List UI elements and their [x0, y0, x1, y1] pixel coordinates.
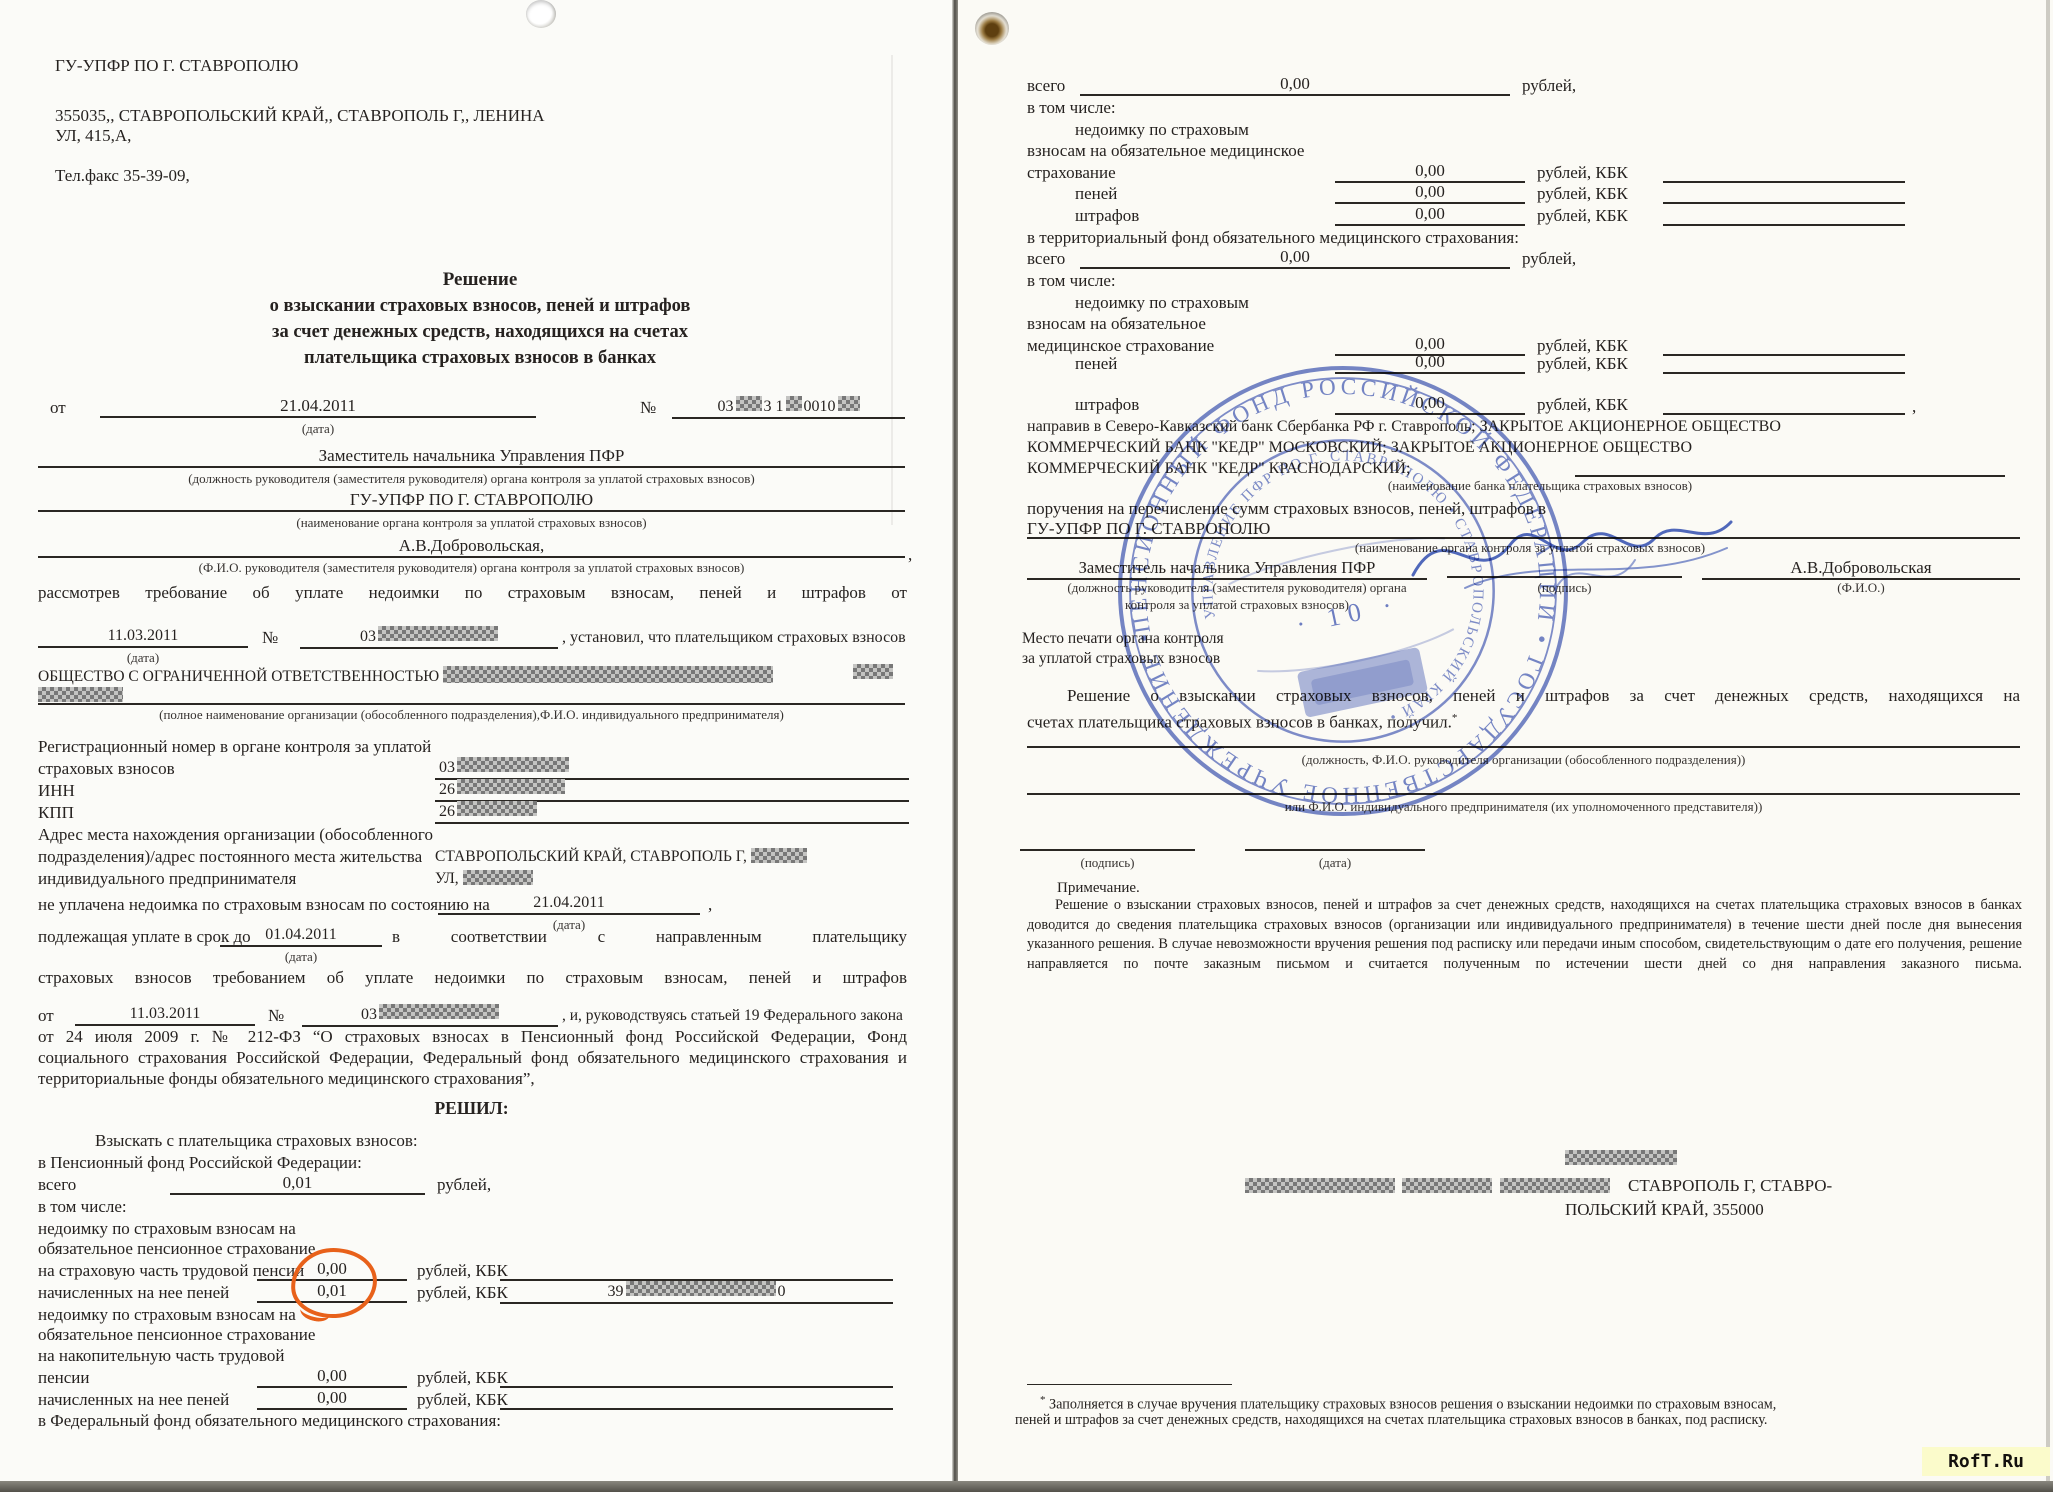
fio-trailing-comma: , — [908, 545, 912, 565]
redaction-block — [463, 870, 533, 885]
punch-hole-right — [975, 12, 1009, 45]
official-fio-caption: (Ф.И.О. руководителя (заместителя руково… — [38, 560, 905, 575]
r-ffoms-fine-label: штрафов — [1075, 206, 1139, 226]
fine-row-comma: , — [1912, 397, 1916, 417]
redaction-block — [1500, 1178, 1610, 1193]
r-tfoms-arrears1: недоимку по страховым — [1075, 293, 1249, 313]
r-total1-value: 0,00 — [1080, 74, 1510, 96]
payer-name-line: ОБЩЕСТВО С ОГРАНИЧЕННОЙ ОТВЕТСТВЕННОСТЬЮ — [38, 666, 773, 687]
due-tail: в соответствии с направленным плательщик… — [392, 927, 907, 947]
sender-address-line2: УЛ, 415,А, — [55, 126, 131, 146]
recipient-address-line2: СТАВРОПОЛЬ Г, СТАВРО- — [1628, 1176, 1832, 1196]
kpp-label: КПП — [38, 803, 74, 823]
arrears2-line1: недоимку по страховым взносам на — [38, 1305, 296, 1325]
inn-prefix: 26 — [439, 780, 455, 800]
r-post-caption2: контроля за уплатой страховых взносов) — [1027, 597, 1447, 612]
date2-line — [1245, 849, 1425, 851]
arrears1-line1: недоимку по страховым взносам на — [38, 1219, 296, 1239]
banks-line3: КОММЕРЧЕСКИЙ БАНК "КЕДР" КРАСНОДАРСКИЙ; — [1027, 459, 1410, 479]
rub-kbk-label: рублей, КБК — [417, 1390, 508, 1410]
rubles-label: рублей, — [1522, 249, 1576, 269]
sign2-line — [1020, 849, 1195, 851]
law-line3: территориальные фонды обязательного меди… — [38, 1069, 535, 1089]
due-date: 01.04.2011 — [220, 925, 382, 947]
official-post-caption: (должность руководителя (заместителя рук… — [38, 471, 905, 486]
kpp-prefix: 26 — [439, 802, 455, 822]
r-org-caption: (наименование органа контроля за уплатой… — [1180, 540, 1880, 555]
transfer-line: поручения на перечисление сумм страховых… — [1027, 499, 1546, 519]
received-line1: Решение о взыскании страховых взносов, п… — [1027, 686, 2020, 706]
arrears1-line2: обязательное пенсионное страхование — [38, 1239, 315, 1259]
savings-part-value: 0,00 — [257, 1366, 407, 1388]
sender-address-line1: 355035,, СТАВРОПОЛЬСКИЙ КРАЙ,, СТАВРОПОЛ… — [55, 106, 545, 126]
including-label: в том числе: — [38, 1197, 127, 1217]
redaction-block — [736, 396, 762, 411]
resolved-heading: РЕШИЛ: — [38, 1098, 905, 1118]
r-official-fio: А.В.Добровольская — [1702, 558, 2020, 580]
r-total2-label: всего — [1027, 249, 1065, 269]
kpp-value: 26 — [435, 801, 909, 824]
received-line2: счетах плательщика страховых взносов в б… — [1027, 708, 1457, 733]
law-tail: , и, руководствуясь статьей 19 Федеральн… — [562, 1006, 903, 1026]
kbk-blank-line — [1663, 354, 1905, 356]
sender-org: ГУ-УПФР ПО Г. СТАВРОПОЛЮ — [55, 56, 298, 76]
redaction-block — [443, 666, 773, 683]
redaction-block — [1402, 1178, 1492, 1193]
payer-rule — [38, 703, 905, 705]
address-label2: подразделения)/адрес постоянного места ж… — [38, 847, 422, 867]
pfr-total-value: 0,01 — [170, 1173, 425, 1195]
r-ffoms-penalty-value: 0,00 — [1335, 182, 1525, 204]
banks-caption: (наименование банка плательщика страховы… — [1190, 478, 1890, 493]
penalty1-label: начисленных на нее пеней — [38, 1283, 229, 1303]
arrears-asof-line: не уплачена недоимка по страховым взноса… — [38, 895, 490, 915]
kbk-prefix: 39 — [608, 1282, 624, 1302]
received-rule1 — [1027, 746, 2020, 748]
r-tfoms-penalty-label: пеней — [1075, 354, 1117, 374]
rub-kbk-label: рублей, КБК — [1537, 184, 1628, 204]
date-caption: (дата) — [220, 949, 382, 964]
redaction-block — [379, 1004, 499, 1019]
requirement-number: 03 — [300, 626, 558, 649]
r-total2-value: 0,00 — [1080, 247, 1510, 269]
banks-line1: направив в Северо-Кавказский банк Сберба… — [1027, 417, 1781, 437]
number-label: № — [262, 628, 278, 648]
redaction-block — [457, 757, 569, 772]
address-value2: УЛ, — [435, 869, 533, 889]
reg-number-label1: Регистрационный номер в органе контроля … — [38, 737, 431, 757]
considered-line: рассмотрев требование об уплате недоимки… — [38, 583, 907, 603]
page-divider — [952, 0, 958, 1481]
r-tfoms-fine-value: 0,00 — [1335, 393, 1525, 415]
scan-right-edge — [2046, 0, 2050, 1481]
document-title-line4: плательщика страховых взносов в банках — [60, 348, 900, 368]
r-ffoms-penalty-label: пеней — [1075, 184, 1117, 204]
address-region: СТАВРОПОЛЬСКИЙ КРАЙ, СТАВРОПОЛЬ Г, — [435, 848, 747, 865]
kbk-blank-line — [500, 1386, 893, 1388]
r-tfoms-row-label: медицинское страхование — [1027, 336, 1214, 356]
address-label3: индивидуального предпринимателя — [38, 869, 296, 889]
collect-line: Взыскать с плательщика страховых взносов… — [95, 1131, 418, 1151]
control-org-name: ГУ-УПФР ПО Г. СТАВРОПОЛЮ — [38, 490, 905, 512]
due-label: подлежащая уплате в срок до — [38, 927, 251, 947]
rub-kbk-label: рублей, КБК — [1537, 336, 1628, 356]
document-title-line2: о взыскании страховых взносов, пеней и ш… — [60, 296, 900, 316]
penalty2-value: 0,00 — [257, 1388, 407, 1410]
received-rule2 — [1027, 793, 2020, 795]
ffoms-section-header: в Федеральный фонд обязательного медицин… — [38, 1411, 501, 1431]
official-fio: А.В.Добровольская, — [38, 536, 905, 558]
law-from-label: от — [38, 1006, 54, 1026]
law-line2: социального страхования Российской Федер… — [38, 1048, 907, 1068]
law-line1: от 24 июля 2009 г. № 212-ФЗ “О страховых… — [38, 1027, 907, 1047]
law-req-date: 11.03.2011 — [75, 1004, 255, 1026]
reg-number-prefix: 03 — [439, 758, 455, 778]
kbk-suffix: 0 — [778, 1282, 786, 1302]
rubles-label: рублей, — [1522, 76, 1576, 96]
note-title: Примечание. — [1057, 878, 1140, 898]
official-post: Заместитель начальника Управления ПФР — [38, 446, 905, 468]
decision-number-part2: 3 1 — [764, 397, 784, 417]
from-label: от — [50, 398, 66, 418]
rub-kbk-label: рублей, КБК — [1537, 395, 1628, 415]
tfoms-section-header: в территориальный фонд обязательного мед… — [1027, 228, 1519, 248]
scan-bottom-edge — [0, 1481, 2053, 1492]
arrears2-line3: на накопительную часть трудовой — [38, 1346, 284, 1366]
sender-phone: Тел.факс 35-39-09, — [55, 166, 190, 186]
law-req-number: 03 — [302, 1004, 558, 1027]
received-caption2: или Ф.И.О. индивидуального предпринимате… — [1027, 799, 2020, 814]
redaction-block — [751, 848, 807, 863]
org-rule — [1027, 537, 2020, 539]
requirement-line: страховых взносов требованием об уплате … — [38, 968, 907, 988]
number-label: № — [640, 398, 656, 418]
footnote-marker: * — [1452, 712, 1458, 724]
kbk-blank-line — [1663, 224, 1905, 226]
document-title-line1: Решение — [60, 270, 900, 290]
date2-caption: (дата) — [1245, 855, 1425, 870]
document-title-line3: за счет денежных средств, находящихся на… — [60, 322, 900, 342]
address-value1: СТАВРОПОЛЬСКИЙ КРАЙ, СТАВРОПОЛЬ Г, — [435, 847, 807, 867]
redaction-block — [1565, 1150, 1677, 1165]
sign2-caption: (подпись) — [1020, 855, 1195, 870]
note-paragraph: Решение о взыскании страховых взносов, п… — [1027, 896, 2022, 974]
r-ffoms-fine-value: 0,00 — [1335, 204, 1525, 226]
r-ffoms-row-value: 0,00 — [1335, 161, 1525, 183]
savings-part-label: пенсии — [38, 1368, 89, 1388]
reg-number-label2: страховых взносов — [38, 759, 175, 779]
redaction-block — [378, 626, 498, 641]
date-caption: (дата) — [100, 421, 536, 436]
punch-hole-left — [526, 0, 556, 28]
r-total1-label: всего — [1027, 76, 1065, 96]
number-label: № — [268, 1006, 284, 1026]
reg-number-value: 03 — [435, 757, 909, 780]
site-watermark: RofT.Ru — [1922, 1447, 2050, 1476]
seal-place-line2: за уплатой страховых взносов — [1022, 649, 1220, 669]
requirement-date: 11.03.2011 — [38, 626, 248, 648]
r-post-caption1: (должность руководителя (заместителя рук… — [1027, 580, 1447, 595]
scanned-document: ГУ-УПФР ПО Г. СТАВРОПОЛЮ 355035,, СТАВРО… — [0, 0, 2053, 1492]
kbk-blank-line — [500, 1408, 893, 1410]
rub-kbk-label: рублей, КБК — [1537, 206, 1628, 226]
rubles-label: рублей, — [437, 1175, 491, 1195]
payer-caption: (полное наименование организации (обособ… — [38, 707, 905, 722]
signature-line — [1447, 576, 1682, 578]
pfr-total-label: всего — [38, 1175, 76, 1195]
kbk-blank-line — [1663, 413, 1905, 415]
seal-place-line1: Место печати органа контроля — [1022, 629, 1224, 649]
banks-line2: КОММЕРЧЕСКИЙ БАНК "КЕДР" МОСКОВСКИЙ; ЗАК… — [1027, 438, 1692, 458]
rub-kbk-label: рублей, КБК — [417, 1261, 508, 1281]
arrears-comma: , — [708, 895, 712, 915]
address-label1: Адрес места нахождения организации (обос… — [38, 825, 433, 845]
redaction-block — [838, 396, 860, 411]
penalty1-kbk: 39 0 — [500, 1281, 893, 1304]
redaction-block — [626, 1281, 776, 1296]
inn-label: ИНН — [38, 781, 75, 801]
kbk-blank-line — [1663, 181, 1905, 183]
r-ffoms-arrears1: недоимку по страховым — [1075, 120, 1249, 140]
banks-rule — [1575, 475, 2005, 477]
r-tfoms-arrears2: взносам на обязательное — [1027, 314, 1206, 334]
footnote-rule — [1027, 1384, 1232, 1385]
r-official-post: Заместитель начальника Управления ПФР — [1027, 558, 1427, 580]
date-caption: (дата) — [38, 650, 248, 665]
received-caption1: (должность, Ф.И.О. руководителя организа… — [1027, 752, 2020, 767]
decision-date: 21.04.2011 — [100, 396, 536, 418]
redaction-block — [38, 687, 123, 702]
kbk-blank-line — [1663, 372, 1905, 374]
r-tfoms-fine-label: штрафов — [1075, 395, 1139, 415]
rub-kbk-label: рублей, КБК — [1537, 163, 1628, 183]
decision-number-part1: 03 — [718, 397, 734, 417]
arrears-asof-date: 21.04.2011 — [438, 893, 700, 915]
redaction-block — [457, 779, 565, 794]
requirement-number-prefix: 03 — [360, 627, 376, 647]
redaction-block — [853, 664, 893, 679]
r-fio-caption: (Ф.И.О.) — [1702, 580, 2020, 595]
decision-number-part3: 0010 — [804, 397, 836, 417]
redaction-block — [1245, 1178, 1395, 1193]
r-control-org-name: ГУ-УПФР ПО Г. СТАВРОПОЛЮ — [1027, 519, 1270, 539]
rub-kbk-label: рублей, КБК — [417, 1283, 508, 1303]
pfr-section-header: в Пенсионный фонд Российской Федерации: — [38, 1153, 362, 1173]
footnote-line2: пеней и штрафов за счет денежных средств… — [1015, 1410, 1767, 1430]
payer-name: ОБЩЕСТВО С ОГРАНИЧЕННОЙ ОТВЕТСТВЕННОСТЬЮ — [38, 668, 439, 685]
control-org-caption: (наименование органа контроля за уплатой… — [38, 515, 905, 530]
r-ffoms-arrears2: взносам на обязательное медицинское — [1027, 141, 1304, 161]
rub-kbk-label: рублей, КБК — [417, 1368, 508, 1388]
rub-kbk-label: рублей, КБК — [1537, 354, 1628, 374]
redaction-block — [457, 801, 537, 816]
including-label: в том числе: — [1027, 98, 1116, 118]
kbk-blank-line — [1663, 202, 1905, 204]
r-tfoms-penalty-value: 0,00 — [1335, 352, 1525, 374]
arrears2-line2: обязательное пенсионное страхование — [38, 1325, 315, 1345]
r-ffoms-row-label: страхование — [1027, 163, 1116, 183]
law-req-number-prefix: 03 — [361, 1005, 377, 1025]
established-tail: , установил, что плательщиком страховых … — [562, 628, 906, 648]
address-street: УЛ, — [435, 870, 459, 887]
recipient-address-line3: ПОЛЬСКИЙ КРАЙ, 355000 — [1565, 1200, 1764, 1220]
including-label: в том числе: — [1027, 271, 1116, 291]
penalty2-label: начисленных на нее пеней — [38, 1390, 229, 1410]
decision-number: 03 3 1 0010 — [672, 396, 905, 419]
inn-value: 26 — [435, 779, 909, 802]
signature-caption: (подпись) — [1447, 580, 1682, 595]
received-line2-text: счетах плательщика страховых взносов в б… — [1027, 713, 1452, 732]
footnote-marker: * — [1040, 1394, 1046, 1406]
redaction-block — [786, 396, 802, 411]
